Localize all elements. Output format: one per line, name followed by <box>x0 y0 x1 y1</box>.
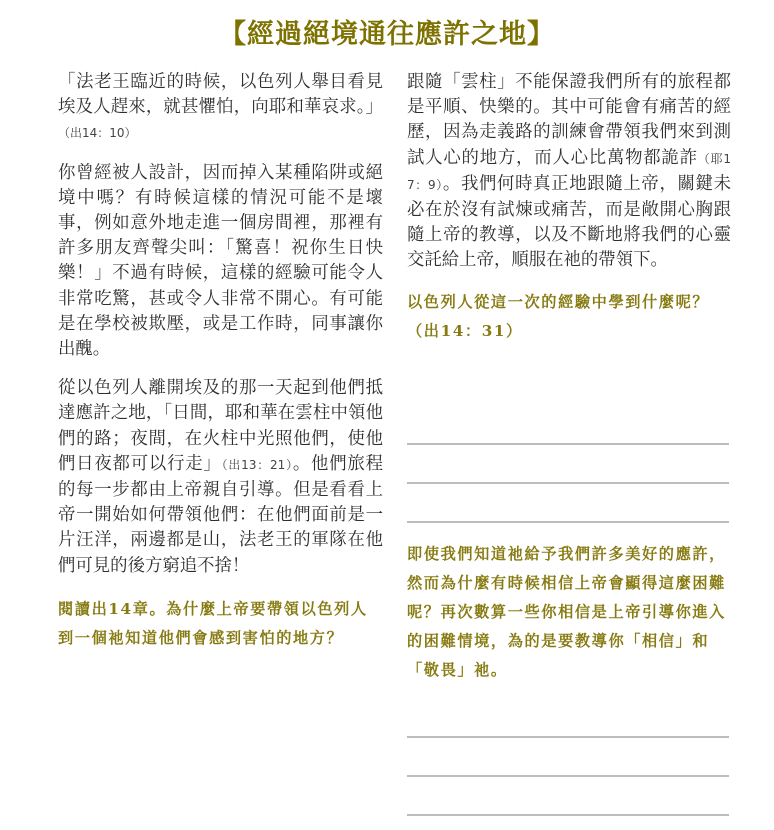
left-column: 「法老王臨近的時候，以色列人舉目看見埃及人趕來，就甚懼怕，向耶和華哀求。」（出1… <box>58 70 383 653</box>
body-paragraph: 跟隨「雲柱」不能保證我們所有的旅程都是平順、快樂的。其中可能會有痛苦的經歷，因為… <box>407 70 731 274</box>
answer-line[interactable] <box>407 814 729 816</box>
right-column: 跟隨「雲柱」不能保證我們所有的旅程都是平順、快樂的。其中可能會有痛苦的經歷，因為… <box>407 70 731 346</box>
body-paragraph: 從以色列人離開埃及的那一天起到他們抵達應許之地，「日間，耶和華在雲柱中領他們的路… <box>58 376 383 579</box>
answer-line[interactable] <box>407 775 729 777</box>
bible-reference: （出14：10） <box>58 126 137 140</box>
right-question-block: 即使我們知道祂給予我們許多美好的應許，然而為什麼有時候相信上帝會顯得這麼困難呢？… <box>407 540 731 685</box>
bible-reference: （出13：21） <box>222 458 293 472</box>
answer-line[interactable] <box>407 736 729 738</box>
body-paragraph: 你曾經被人設計，因而掉入某種陷阱或絕境中嗎？有時候這樣的情況可能不是壞事，例如意… <box>58 161 383 363</box>
answer-line[interactable] <box>407 521 729 523</box>
answer-line[interactable] <box>407 482 729 484</box>
scripture-quote: 「法老王臨近的時候，以色列人舉目看見埃及人趕來，就甚懼怕，向耶和華哀求。」（出1… <box>58 70 383 147</box>
answer-line[interactable] <box>407 443 729 445</box>
study-question: 閱讀出14章。為什麼上帝要帶領以色列人到一個祂知道他們會感到害怕的地方？ <box>58 595 383 653</box>
study-question: 以色列人從這一次的經驗中學到什麼呢？（出14：31） <box>407 288 731 346</box>
study-question: 即使我們知道祂給予我們許多美好的應許，然而為什麼有時候相信上帝會顯得這麼困難呢？… <box>407 540 731 685</box>
page-title: 【經過絕境通往應許之地】 <box>0 12 774 51</box>
